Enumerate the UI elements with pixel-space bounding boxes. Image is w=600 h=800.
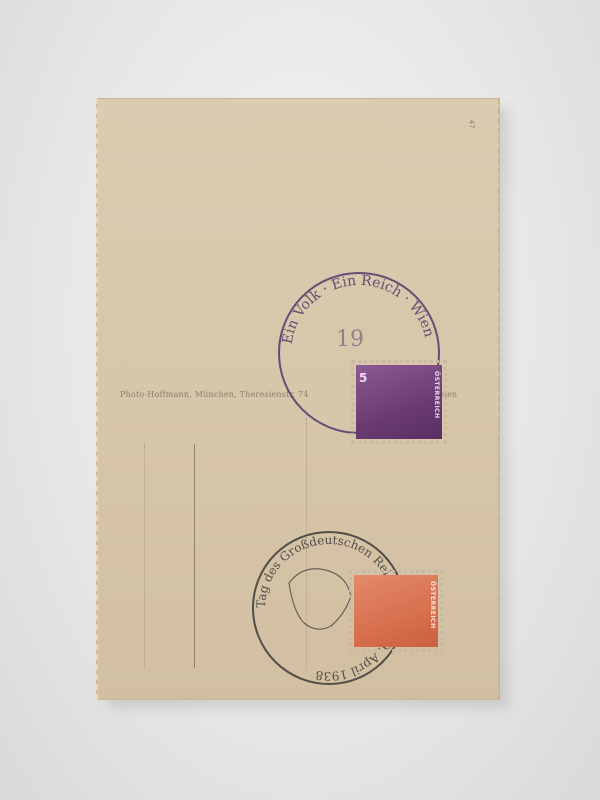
map-outline xyxy=(289,569,351,629)
stamp-red: ÖSTERREICH xyxy=(349,570,443,652)
stamp-country: ÖSTERREICH xyxy=(433,371,440,419)
address-divider-line xyxy=(194,444,195,668)
address-divider-dotted xyxy=(144,444,146,668)
postcard: 47 Photo-Hoffmann, München, Theresienstr… xyxy=(96,98,500,700)
catalog-number: 47 xyxy=(468,120,476,129)
stamp-value: 5 xyxy=(359,371,367,385)
postmark-upper-date: 19 xyxy=(336,327,364,352)
stamp-purple: 5 ÖSTERREICH xyxy=(351,360,447,444)
stamp-country: ÖSTERREICH xyxy=(429,581,436,629)
